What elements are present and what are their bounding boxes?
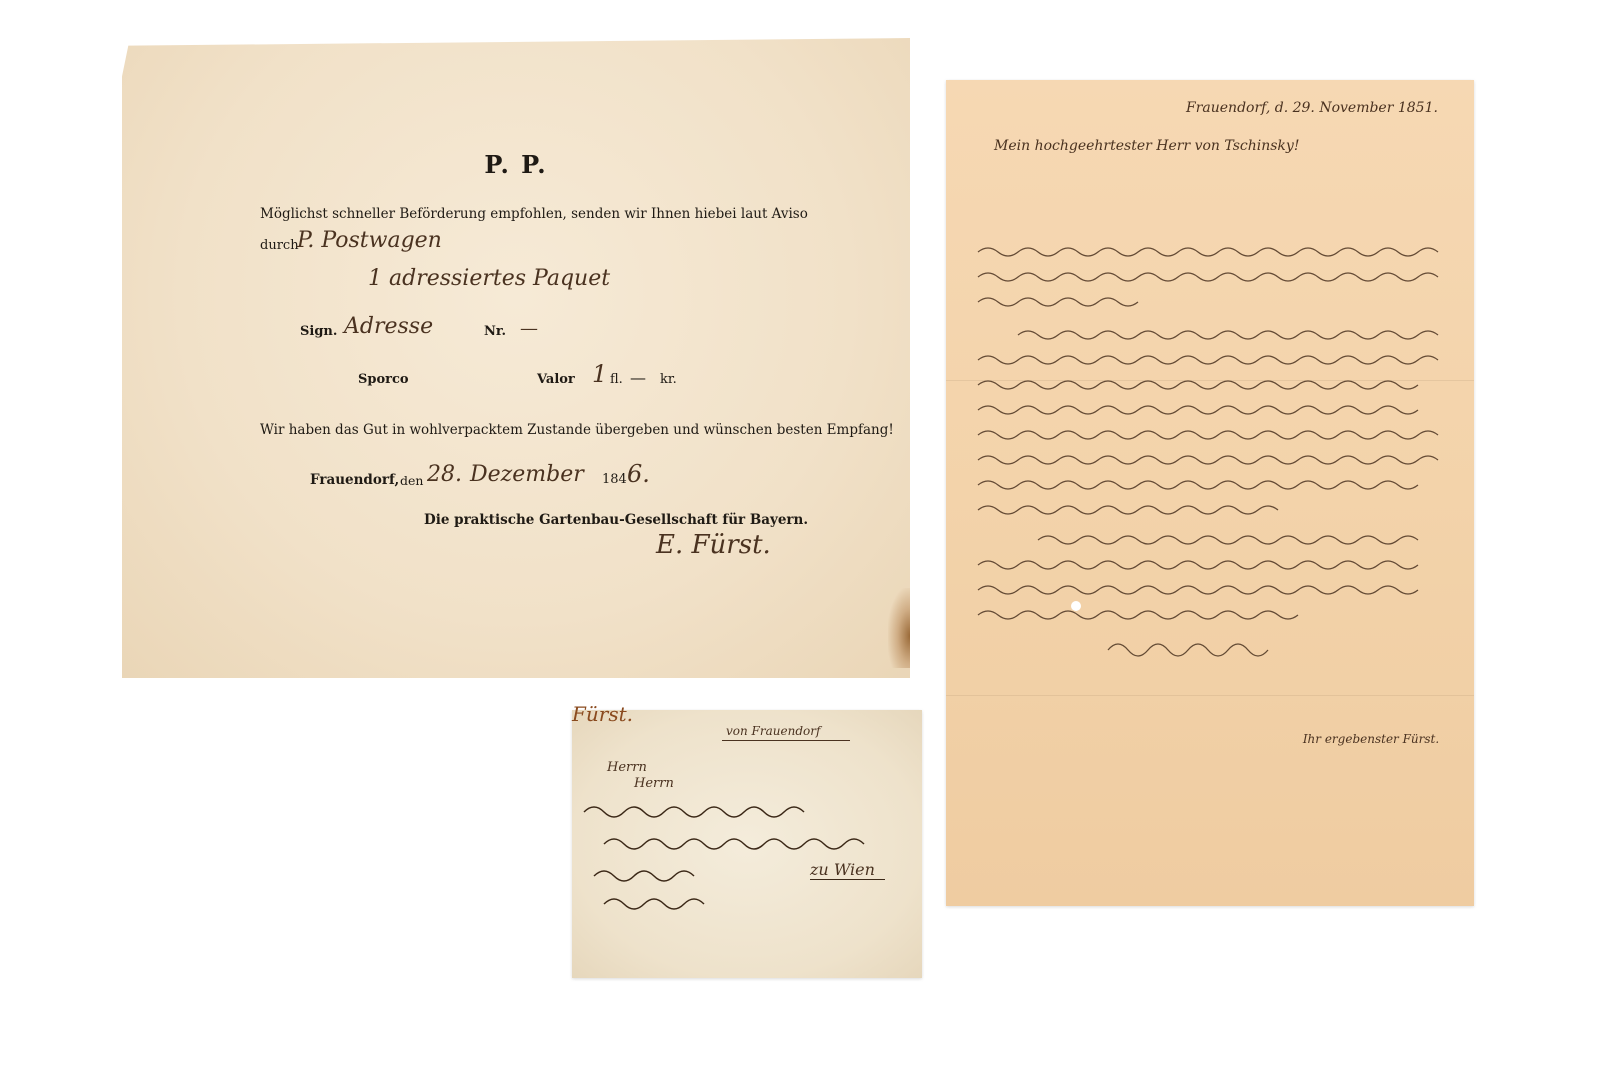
- item-value: 1 adressiertes Paquet: [368, 266, 610, 291]
- kr-label: kr.: [660, 372, 677, 387]
- envelope-address-line: Herrn: [607, 760, 647, 775]
- date-year-print: 184: [602, 472, 627, 487]
- letter-dateline: Frauendorf, d. 29. November 1851.: [1186, 100, 1438, 116]
- date-day: 28.: [427, 462, 462, 487]
- handwritten-letter: Frauendorf, d. 29. November 1851. Mein h…: [946, 80, 1474, 906]
- printed-shipping-form: P. P. Möglichst schneller Beförderung em…: [122, 38, 910, 678]
- form-closing-line: Wir haben das Gut in wohlverpacktem Zust…: [260, 422, 894, 438]
- society-name: Die praktische Gartenbau-Gesellschaft fü…: [424, 512, 808, 528]
- envelope-sender-note: Fürst.: [572, 702, 633, 726]
- form-signature: E. Fürst.: [656, 530, 771, 560]
- sign-label: Sign.: [300, 324, 337, 339]
- letter-closing-signature: Ihr ergebenster Fürst.: [1296, 728, 1446, 750]
- kr-value: —: [630, 368, 646, 387]
- nr-label: Nr.: [484, 324, 506, 339]
- letter-salutation: Mein hochgeehrtester Herr von Tschinsky!: [994, 138, 1299, 154]
- form-line-1: Möglichst schneller Beförderung empfohle…: [260, 206, 808, 222]
- paper-stain: [888, 588, 910, 668]
- durch-label: durch: [260, 238, 299, 253]
- den-label: den: [400, 473, 423, 488]
- sporco-label: Sporco: [358, 372, 409, 387]
- fl-label: fl.: [610, 372, 623, 387]
- nr-value: —: [520, 318, 538, 339]
- envelope-postmark-line: von Frauendorf: [722, 724, 850, 741]
- valor-label: Valor: [537, 372, 575, 387]
- date-month: Dezember: [470, 462, 584, 487]
- valor-fl-value: 1: [592, 360, 607, 388]
- envelope: Fürst. von Frauendorf Herrn Herrn zu Wie…: [572, 710, 922, 978]
- form-heading: P. P.: [122, 150, 910, 179]
- fold-line: [946, 695, 1474, 696]
- envelope-address-line: Herrn: [634, 776, 674, 791]
- envelope-destination: zu Wien: [810, 860, 885, 880]
- durch-value: P. Postwagen: [297, 228, 442, 253]
- sign-value: Adresse: [344, 314, 433, 339]
- date-year-hand: 6.: [627, 460, 650, 488]
- letter-body-handwriting: [976, 240, 1446, 660]
- place-label: Frauendorf,: [310, 472, 399, 488]
